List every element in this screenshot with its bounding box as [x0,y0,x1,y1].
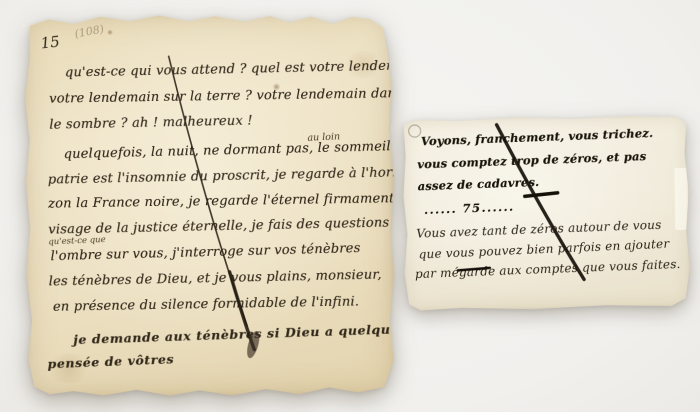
manuscript-left-page: 15 (108) qu'est-ce qui vous attend ? que… [22,10,395,397]
pencil-annotation: (108) [74,22,105,40]
manuscript-line: patrie est l'insomnie du proscrit, je re… [48,165,402,187]
manuscript-right-card: Voyons, franchement, vous trichez. vous … [400,114,691,312]
card-line: Vous avez tant de zéros autour de vous [416,218,662,241]
card-line: Voyons, franchement, vous trichez. [421,126,654,149]
card-line: par mégarde aux comptes que vous faites. [415,257,681,281]
cross-dash [525,193,558,197]
card-line: vous comptez trop de zéros, et pas [417,149,647,171]
card-edge-chip [674,168,688,230]
manuscript-line: votre lendemain sur la terre ? votre len… [49,86,403,107]
manuscript-line: zon la France noire, je regarde l'éterne… [48,191,399,212]
pencil-circle-mark [409,125,421,137]
manuscript-line: quelquefois, la nuit, ne dormant pas, le… [63,138,428,162]
interline-insertion: au loin [307,131,340,143]
left-page-paper: 15 (108) qu'est-ce qui vous attend ? que… [22,10,395,397]
photo-backdrop: 15 (108) qu'est-ce qui vous attend ? que… [0,0,700,412]
paper-stain [106,30,113,35]
manuscript-line: le sombre ? ah ! malheureux ! [49,113,253,132]
card-line: assez de cadavres. [417,175,539,193]
right-card-paper: Voyons, franchement, vous trichez. vous … [400,114,691,312]
page-number: 15 [40,32,61,52]
manuscript-line: en présence du silence formidable de l'i… [53,294,359,314]
interline-insertion: qu'est-ce que [48,235,106,247]
manuscript-line: qu'est-ce qui vous attend ? quel est vot… [65,58,431,81]
manuscript-line: les ténèbres de Dieu, et je vous plains,… [49,267,382,289]
card-number-line: ...... 75...... [424,200,515,217]
manuscript-scrawl-line: je demande aux ténèbres si Dieu a quelqu… [73,321,399,347]
manuscript-scrawl-line: pensée de vôtres [47,351,174,371]
